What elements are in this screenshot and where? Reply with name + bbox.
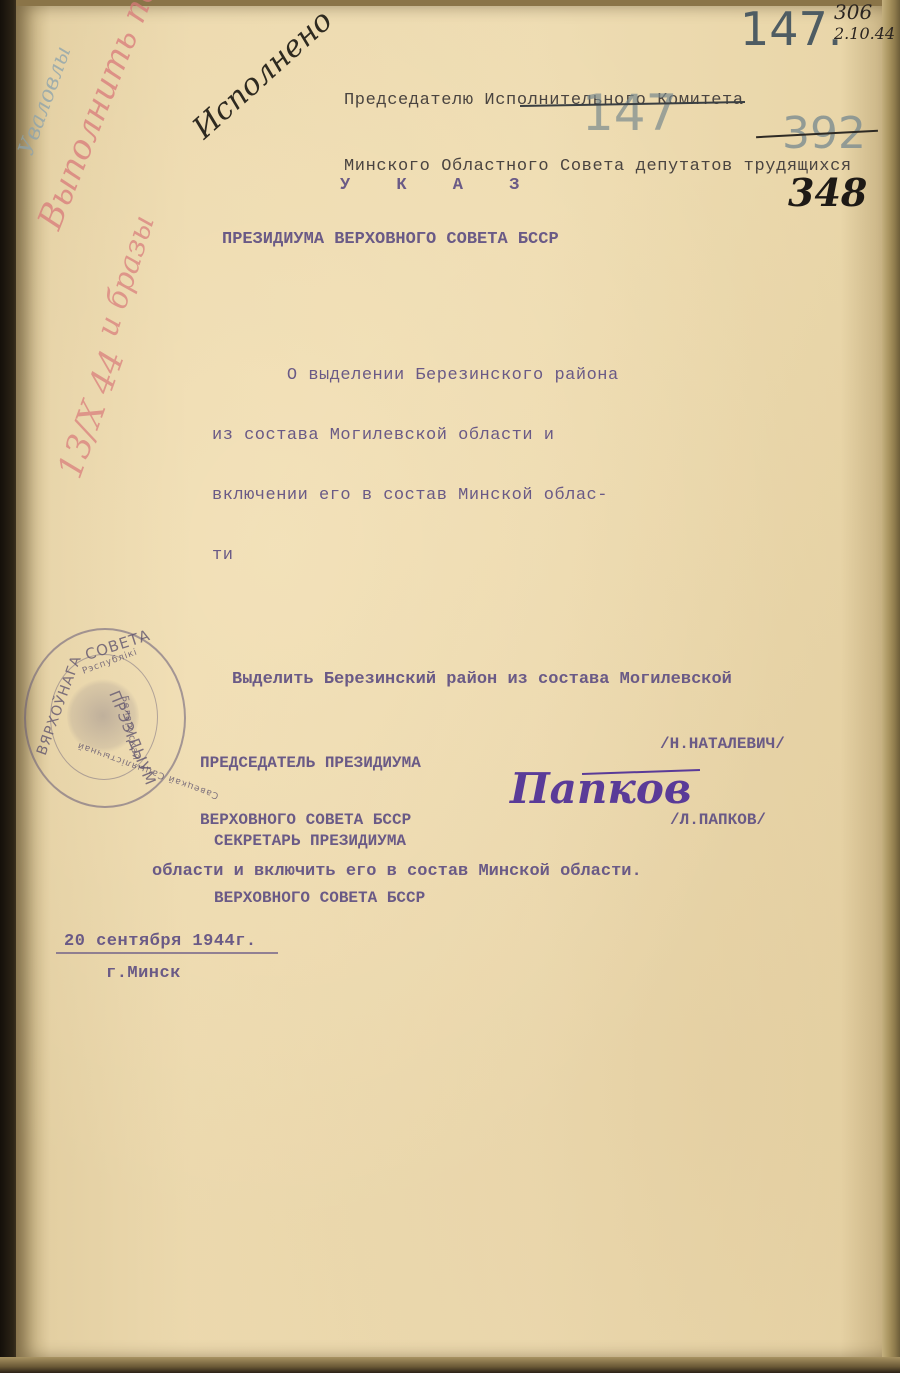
archive-number-struck: 147 [582, 84, 677, 142]
page-stack-edge [882, 0, 900, 1373]
date-underline [56, 952, 278, 954]
secretary-handwritten-signature: Папков [510, 764, 691, 813]
subject-line: включении его в состав Минской облас- [212, 486, 619, 506]
archive-number-top: 147. [740, 2, 842, 56]
body-line: Выделить Березинский район из состава Мо… [152, 648, 732, 712]
official-seal-stamp: СОВЕТА ПРЭЗІДЫУМ ВЯРХОЎНАГА Рэспублікі Б… [24, 628, 186, 808]
current-number: 348 [788, 170, 867, 215]
subject-line: О выделении Березинского района [212, 366, 619, 386]
chairman-name: /Н.НАТАЛЕВИЧ/ [660, 735, 785, 754]
document-title: У К А З [340, 176, 537, 195]
page-bottom-edge [0, 1357, 900, 1373]
subject-line: из состава Могилевской области и [212, 426, 619, 446]
addressee-line: Минского Областного Совета депутатов тру… [344, 156, 852, 178]
document-issuer: ПРЕЗИДИУМА ВЕРХОВНОГО СОВЕТА БССР [222, 230, 559, 249]
corner-number: 306 [834, 0, 872, 24]
document-date: 20 сентября 1944г. [64, 932, 257, 951]
stamp-inner-ring: Рэспублікі Беларускай Савецкай Сацыяліст… [50, 654, 158, 780]
secretary-name: /Л.ПАПКОВ/ [670, 811, 766, 830]
corner-date: 2.10.44 [834, 24, 895, 43]
secretary-title: СЕКРЕТАРЬ ПРЕЗИДИУМА ВЕРХОВНОГО СОВЕТА Б… [214, 794, 425, 927]
document-place: г.Минск [106, 964, 181, 983]
